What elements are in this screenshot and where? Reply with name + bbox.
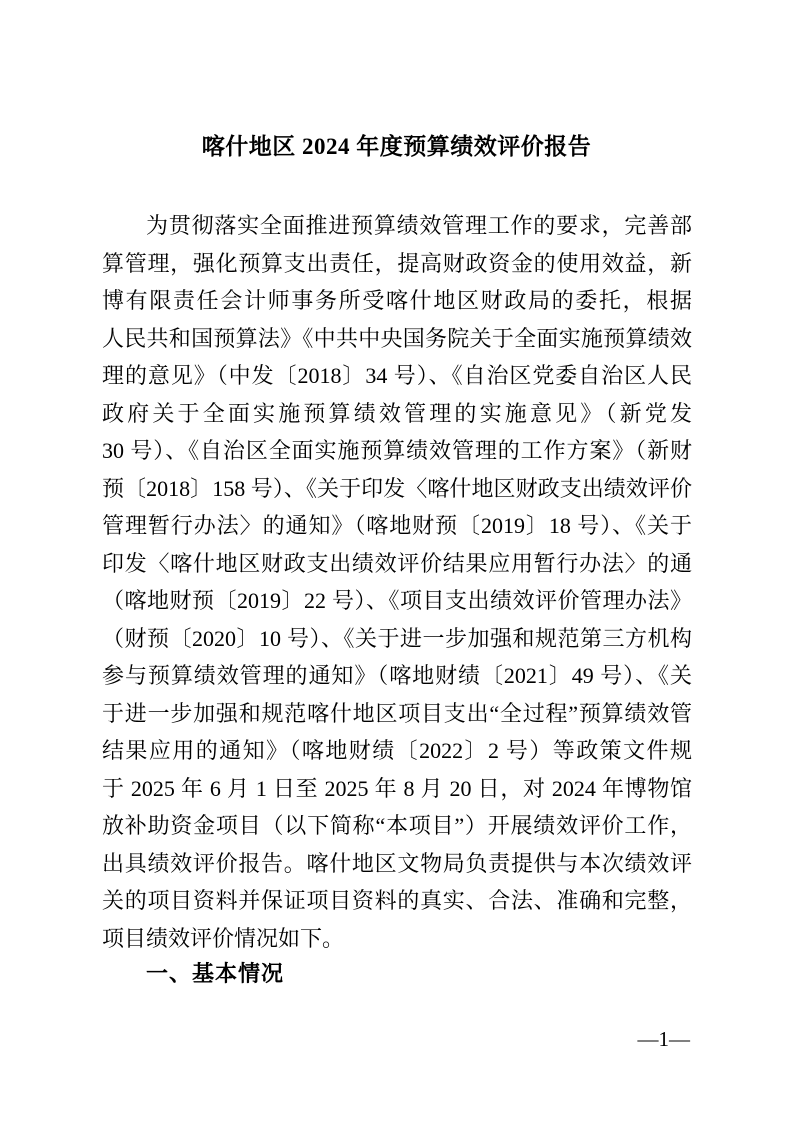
body-line: 印发〈喀什地区财政支出绩效评价结果应用暂行办法〉的通知》	[102, 545, 692, 583]
body-line: （喀地财预〔2019〕22 号）、《项目支出绩效评价管理办法》	[102, 582, 692, 620]
body-line: 人民共和国预算法》《中共中央国务院关于全面实施预算绩效管	[102, 320, 692, 358]
body-line: （财预〔2020〕10 号）、《关于进一步加强和规范第三方机构	[102, 620, 692, 658]
body-line: 放补助资金项目（以下简称“本项目”）开展绩效评价工作，并	[102, 807, 692, 845]
body-line: 关的项目资料并保证项目资料的真实、合法、准确和完整，现将	[102, 882, 692, 920]
body-line: 项目绩效评价情况如下。	[102, 920, 692, 958]
body-line: 算管理，强化预算支出责任，提高财政资金的使用效益，新疆高	[102, 245, 692, 283]
report-body-paragraph: 为贯彻落实全面推进预算绩效管理工作的要求，完善部门预算管理，强化预算支出责任，提…	[102, 207, 692, 957]
body-line: 理的意见》（中发〔2018〕34 号）、《自治区党委自治区人民	[102, 357, 692, 395]
body-line: 结果应用的通知》（喀地财绩〔2022〕2 号）等政策文件规定，	[102, 732, 692, 770]
body-line: 参与预算绩效管理的通知》（喀地财绩〔2021〕49 号）、《关	[102, 657, 692, 695]
body-line: 30 号）、《自治区全面实施预算绩效管理的工作方案》（新财	[102, 432, 692, 470]
body-line: 管理暂行办法〉的通知》（喀地财预〔2019〕18 号）、《关于	[102, 507, 692, 545]
body-line: 预〔2018〕158 号）、《关于印发〈喀什地区财政支出绩效评价	[102, 470, 692, 508]
body-line: 博有限责任会计师事务所受喀什地区财政局的委托，根据《中华	[102, 282, 692, 320]
page-title: 喀什地区 2024 年度预算绩效评价报告	[0, 128, 793, 161]
body-line: 为贯彻落实全面推进预算绩效管理工作的要求，完善部门预	[102, 207, 692, 245]
section-heading-basic-info: 一、基本情况	[102, 955, 692, 993]
page-number: —1—	[638, 1027, 691, 1051]
body-line: 于 2025 年 6 月 1 日至 2025 年 8 月 20 日，对 2024…	[102, 770, 692, 808]
body-line: 出具绩效评价报告。喀什地区文物局负责提供与本次绩效评价相	[102, 845, 692, 883]
body-line: 政府关于全面实施预算绩效管理的实施意见》（新党发〔2018〕	[102, 395, 692, 433]
body-line: 于进一步加强和规范喀什地区项目支出“全过程”预算绩效管理	[102, 695, 692, 733]
document-page: 喀什地区 2024 年度预算绩效评价报告 为贯彻落实全面推进预算绩效管理工作的要…	[0, 0, 793, 1122]
